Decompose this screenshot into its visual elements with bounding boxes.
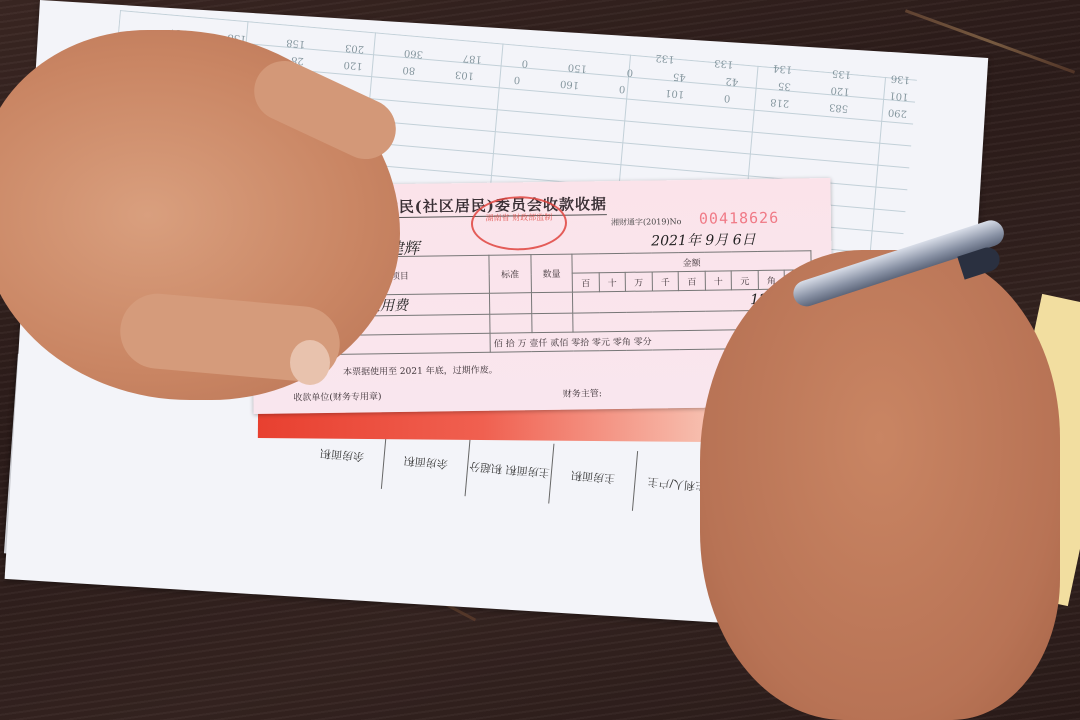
form-number: 583 [829,101,849,114]
form-number: 133 [714,57,734,70]
receipt-code-label: 湘财通字(2019)No [611,216,682,228]
form-column-label: 主房面积 积超分 [466,436,555,503]
form-number: 218 [770,96,790,109]
form-number: 120 [830,84,850,97]
form-number: 0 [626,66,633,78]
form-number: 42 [725,75,739,87]
row-standard [490,293,532,315]
amount-unit: 元 [731,270,758,289]
amount-unit: 万 [625,272,652,291]
amount-unit: 百 [678,271,705,290]
receipt-date: 2021年 9月 6日 [651,229,756,250]
form-number: 134 [773,62,793,75]
form-number: 290 [888,106,908,119]
header-standard: 标准 [489,255,531,294]
form-number: 132 [655,52,675,65]
form-number: 0 [513,74,520,86]
form-number: 158 [286,37,306,50]
form-number: 101 [889,89,909,102]
form-number: 203 [345,42,365,55]
form-number: 187 [462,52,482,65]
form-number: 35 [778,80,792,92]
form-number: 0 [619,83,626,95]
official-stamp: 湖南省 财政部监制 [471,196,568,251]
row-quantity [531,292,573,314]
form-number: 150 [567,61,587,74]
footer-unit: 收款单位(财务专用章) [293,389,381,403]
thumbnail [290,340,330,385]
amount-unit: 千 [652,272,679,291]
header-quantity: 数量 [531,254,573,293]
form-number: 136 [890,72,910,85]
form-column-label: 主房面积 [549,444,638,511]
form-number: 360 [404,47,424,60]
footer-supervisor: 财务主管: [563,386,602,400]
form-number: 101 [665,87,685,100]
form-number: 135 [832,67,852,80]
form-number: 45 [673,70,687,82]
amount-unit: 十 [705,271,732,290]
form-number: 0 [724,92,731,104]
form-number: 103 [455,68,475,81]
form-number: 120 [343,59,363,72]
right-hand [700,250,1060,720]
receipt-notice: 本票据使用至 2021 年底，过期作废。 [343,363,498,378]
amount-unit: 百 [572,273,599,292]
receipt-serial-number: 00418626 [699,209,779,228]
form-number: 160 [560,78,580,91]
form-number: 0 [521,57,528,69]
form-number: 80 [402,64,416,76]
amount-unit: 十 [599,272,626,291]
